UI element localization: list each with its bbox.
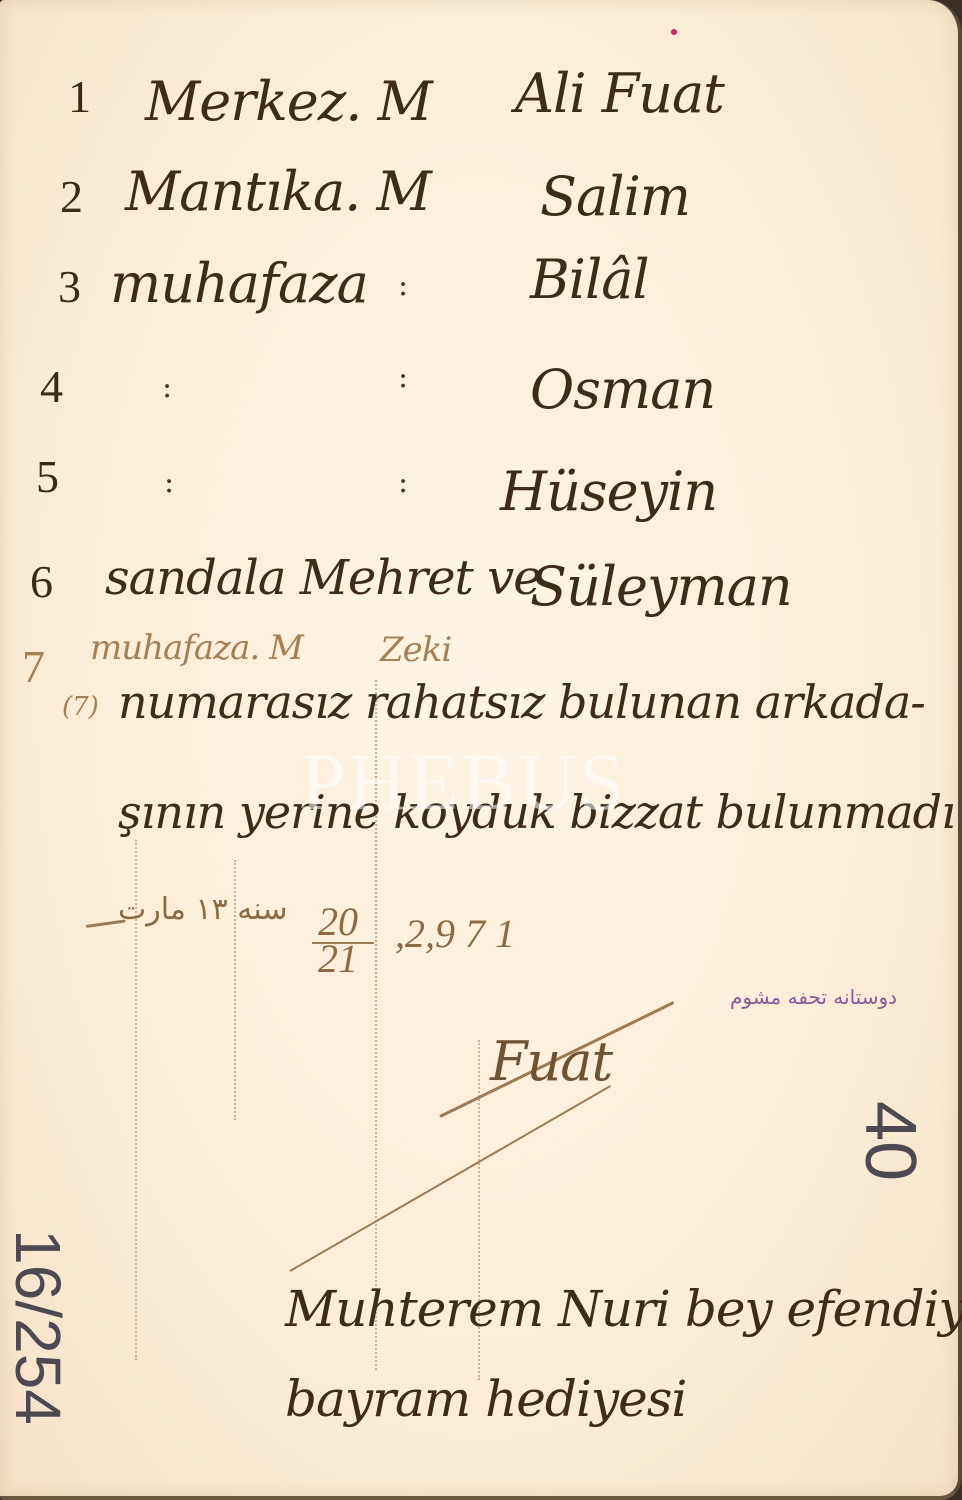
date-denominator: 21 bbox=[318, 935, 358, 982]
note-prefix: (7) bbox=[62, 692, 99, 722]
purple-ottoman-note: دوستانه تحفه مشوم bbox=[730, 985, 897, 1009]
ditto-mark: : bbox=[398, 465, 408, 500]
list-name: Osman bbox=[530, 358, 715, 421]
note-line-1: numarasız rahatsız bulunan arkada- bbox=[118, 675, 925, 729]
list-number: 4 bbox=[40, 360, 63, 413]
list-name: Salim bbox=[540, 165, 690, 228]
ditto-mark: : bbox=[164, 465, 174, 500]
list-name: Süleyman bbox=[530, 555, 792, 618]
list-number: 6 bbox=[30, 555, 53, 608]
list-unit: muhafaza. M bbox=[90, 628, 303, 668]
ditto-mark: : bbox=[162, 370, 172, 405]
red-ink-dot bbox=[671, 29, 677, 35]
dedication-line-2: bayram hediyesi bbox=[285, 1370, 686, 1428]
list-unit: Merkez. M bbox=[145, 70, 432, 133]
list-name: Ali Fuat bbox=[515, 62, 724, 125]
list-name: Zeki bbox=[380, 630, 451, 670]
ditto-mark: : bbox=[398, 360, 408, 395]
list-number: 1 bbox=[68, 70, 91, 123]
list-unit: Mantıka. M bbox=[125, 160, 431, 223]
dedication-line-1: Muhterem Nuri bey efendiye bbox=[285, 1280, 962, 1338]
watermark: PHEBUS bbox=[300, 735, 626, 829]
signature: Fuat bbox=[490, 1030, 612, 1093]
ditto-mark: : bbox=[398, 268, 408, 303]
list-number: 2 bbox=[60, 170, 83, 223]
archive-number: 16/254 bbox=[1, 1229, 75, 1425]
list-name: Bilâl bbox=[530, 248, 649, 311]
list-number: 7 bbox=[22, 640, 45, 693]
list-name: Hüseyin bbox=[500, 460, 717, 523]
pencil-number: 40 bbox=[849, 1101, 931, 1181]
list-number: 5 bbox=[36, 450, 59, 503]
postcard-back: 1 Merkez. M Ali Fuat 2 Mantıka. M Salim … bbox=[0, 0, 962, 1500]
list-unit: sandala Mehret ve bbox=[105, 550, 541, 606]
list-unit: muhafaza bbox=[110, 252, 368, 315]
list-number: 3 bbox=[58, 260, 81, 313]
date-rest: ,2,9 7 1 bbox=[395, 910, 515, 957]
date-ottoman-text: سنه ١٣ مارت bbox=[118, 892, 288, 927]
